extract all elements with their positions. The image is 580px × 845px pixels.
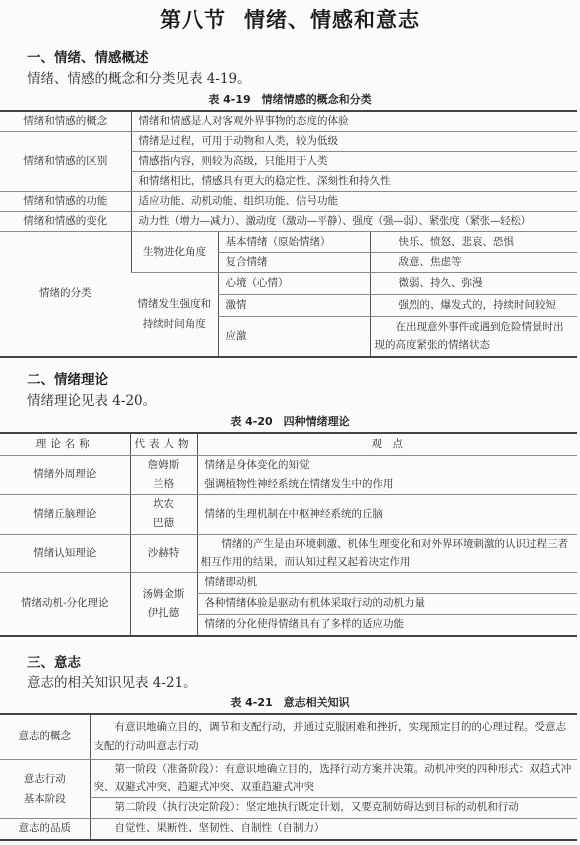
header-people: 代表人物 (130, 433, 197, 455)
section1-intro: 情绪、情感的概念和分类见表 4-19。 (27, 67, 251, 87)
table-row: 情绪认知理论 沙赫特 情绪的产生是由环境刺激、机体生理变化和对外界环境刺激的认识… (0, 534, 577, 572)
emotion-type: 激情 (218, 295, 370, 317)
view: 情绪是身体变化的知觉 (205, 456, 571, 475)
row-value: 和情绪相比，情感具有更大的稳定性、深刻性和持久性 (131, 172, 577, 192)
angle-label: 情绪发生强度和持续时间角度 (131, 273, 218, 357)
emotion-desc: 在出现意外事件或遇到危险情景时出现的高度紧张的情绪状态 (370, 317, 577, 357)
theory-view: 情绪即动机 (197, 572, 577, 593)
row-value: 第二阶段（执行决定阶段）：坚定地执行既定计划，又要克制妨碍达到目标的动机和行动 (90, 797, 577, 818)
row-label: 意志的品质 (0, 818, 90, 840)
emotion-type: 复合情绪 (218, 253, 370, 273)
header-views: 观 点 (197, 433, 577, 455)
row-label: 情绪的分类 (0, 232, 131, 357)
person: 兰格 (138, 475, 190, 494)
person: 伊扎德 (138, 604, 190, 623)
theory-name: 情绪动机-分化理论 (0, 572, 130, 636)
table-row: 意志的品质 自觉性、果断性、坚韧性、自制性（自制力） (0, 818, 577, 840)
row-value: 情绪和情感是人对客观外界事物的态度的体验 (131, 111, 577, 132)
theory-people: 詹姆斯 兰格 (130, 455, 197, 494)
emotion-desc: 微弱、持久、弥漫 (370, 273, 577, 295)
row-value: 动力性（增力—减力）、激动度（激动—平静）、强度（强—弱）、紧张度（紧张—轻松） (131, 212, 577, 232)
section2-heading: 二、情绪理论 (27, 368, 108, 388)
row-label: 情绪和情感的变化 (0, 212, 131, 232)
emotion-type: 心境（心情） (218, 273, 370, 295)
person: 汤姆金斯 (138, 585, 190, 604)
row-label: 意志行动 基本阶段 (0, 759, 90, 818)
table-row: 情绪的分类 生物进化角度 基本情绪（原始情绪） 快乐、愤怒、悲哀、恐惧 (0, 232, 577, 253)
emotion-type: 应激 (218, 317, 370, 357)
row-label: 情绪和情感的功能 (0, 192, 131, 212)
view: 强调植物性神经系统在情绪发生中的作用 (205, 475, 571, 494)
table-row: 情绪和情感的变化 动力性（增力—减力）、激动度（激动—平静）、强度（强—弱）、紧… (0, 212, 577, 232)
row-value: 第一阶段（准备阶段）：有意识地确立目的，选择行动方案并决策。动机冲突的四种形式：… (90, 759, 577, 797)
row-label: 情绪和情感的概念 (0, 111, 131, 132)
table-row: 意志行动 基本阶段 第一阶段（准备阶段）：有意识地确立目的，选择行动方案并决策。… (0, 759, 577, 797)
table-4-20: 理论名称 代表人物 观 点 情绪外周理论 詹姆斯 兰格 情绪是身体变化的知觉 强… (0, 432, 577, 637)
row-value: 适应功能、动机动能、组织功能、信号功能 (131, 192, 577, 212)
row-value: 情感指内容，则较为高级，只能用于人类 (131, 152, 577, 172)
theory-views: 情绪是身体变化的知觉 强调植物性神经系统在情绪发生中的作用 (197, 455, 577, 494)
theory-view: 情绪的分化使得情绪具有了多样的适应功能 (197, 614, 577, 636)
header-theory-name: 理论名称 (0, 433, 130, 455)
table-row: 情绪丘脑理论 坎农 巴德 情绪的生理机制在中枢神经系统的丘脑 (0, 494, 577, 534)
row-label: 意志的概念 (0, 714, 90, 759)
theory-name: 情绪认知理论 (0, 534, 130, 572)
label-line: 基本阶段 (7, 789, 83, 809)
emotion-desc: 快乐、愤怒、悲哀、恐惧 (370, 232, 577, 253)
table-row: 情绪和情感的功能 适应功能、动机动能、组织功能、信号功能 (0, 192, 577, 212)
table-4-19: 情绪和情感的概念 情绪和情感是人对客观外界事物的态度的体验 情绪和情感的区别 情… (0, 110, 577, 358)
emotion-type: 基本情绪（原始情绪） (218, 232, 370, 253)
table-row: 意志的概念 有意识地确立目的，调节和支配行动，并通过克服困难和挫折，实现预定目的… (0, 714, 577, 759)
row-label: 情绪和情感的区别 (0, 132, 131, 192)
person: 巴德 (138, 514, 190, 533)
theory-views: 情绪的生理机制在中枢神经系统的丘脑 (197, 494, 577, 534)
table-4-21: 意志的概念 有意识地确立目的，调节和支配行动，并通过克服困难和挫折，实现预定目的… (0, 713, 577, 841)
section3-heading: 三、意志 (27, 651, 81, 671)
theory-people: 坎农 巴德 (130, 494, 197, 534)
person: 坎农 (138, 495, 190, 514)
theory-name: 情绪外周理论 (0, 455, 130, 494)
table-row: 情绪和情感的概念 情绪和情感是人对客观外界事物的态度的体验 (0, 111, 577, 132)
section-number: 第八节 (160, 7, 226, 32)
emotion-desc: 敌意、焦虑等 (370, 253, 577, 273)
table-row: 情绪动机-分化理论 汤姆金斯 伊扎德 情绪即动机 (0, 572, 577, 593)
page-title: 第八节情绪、情感和意志 (0, 4, 580, 34)
row-value: 情绪是过程，可用于动物和人类，较为低级 (131, 132, 577, 152)
angle-label: 生物进化角度 (131, 232, 218, 273)
theory-name: 情绪丘脑理论 (0, 494, 130, 534)
person: 詹姆斯 (138, 456, 190, 475)
theory-people: 汤姆金斯 伊扎德 (130, 572, 197, 636)
theory-view: 各种情绪体验是驱动有机体采取行动的动机力量 (197, 593, 577, 614)
section-title: 情绪、情感和意志 (244, 7, 420, 32)
theory-people: 沙赫特 (130, 534, 197, 572)
theory-views: 情绪的产生是由环境刺激、机体生理变化和对外界环境刺激的认识过程三者相互作用的结果… (197, 534, 577, 572)
table-4-20-caption: 表 4-20 四种情绪理论 (0, 413, 580, 429)
section1-heading: 一、情绪、情感概述 (27, 46, 149, 66)
label-line: 意志行动 (7, 769, 83, 789)
table-row: 情绪外周理论 詹姆斯 兰格 情绪是身体变化的知觉 强调植物性神经系统在情绪发生中… (0, 455, 577, 494)
row-value: 自觉性、果断性、坚韧性、自制性（自制力） (90, 818, 577, 840)
table-header-row: 理论名称 代表人物 观 点 (0, 433, 577, 455)
table-row: 情绪和情感的区别 情绪是过程，可用于动物和人类，较为低级 (0, 132, 577, 152)
emotion-desc: 强烈的、爆发式的，持续时间较短 (370, 295, 577, 317)
section2-intro: 情绪理论见表 4-20。 (27, 389, 156, 409)
row-value: 有意识地确立目的，调节和支配行动，并通过克服困难和挫折，实现预定目的的心理过程。… (90, 714, 577, 759)
section3-intro: 意志的相关知识见表 4-21。 (27, 671, 197, 691)
table-4-21-caption: 表 4-21 意志相关知识 (0, 694, 580, 710)
table-4-19-caption: 表 4-19 情绪情感的概念和分类 (0, 91, 580, 107)
